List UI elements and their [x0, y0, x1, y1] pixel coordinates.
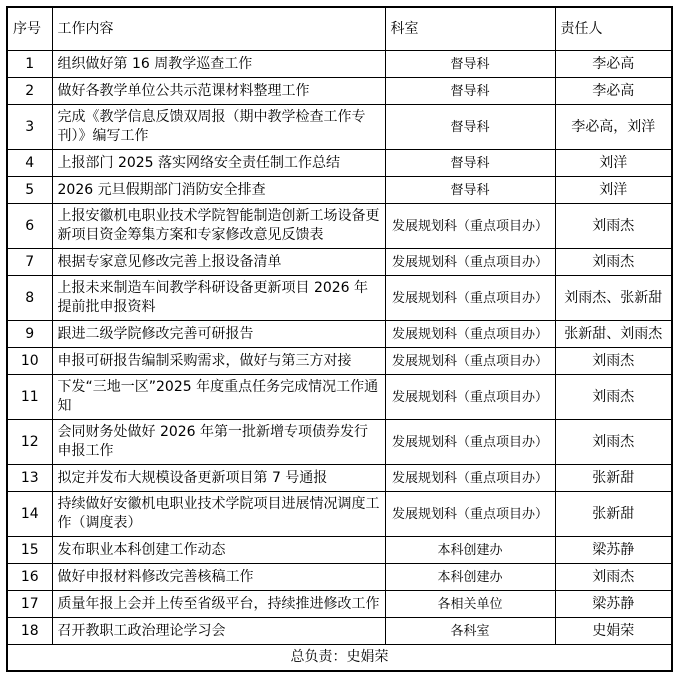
table-row: 16 做好申报材料修改完善核稿工作 本科创建办 刘雨杰: [7, 564, 672, 591]
cell-dept: 本科创建办: [385, 564, 555, 591]
cell-dept: 发展规划科（重点项目办）: [385, 276, 555, 321]
cell-person: 梁苏静: [555, 537, 672, 564]
cell-person: 李必高: [555, 51, 672, 78]
table-row: 11 下发“三地一区”2025 年度重点任务完成情况工作通知 发展规划科（重点项…: [7, 375, 672, 420]
cell-content: 做好申报材料修改完善核稿工作: [52, 564, 385, 591]
cell-person: 史娟荣: [555, 618, 672, 645]
cell-no: 5: [7, 177, 52, 204]
cell-content: 申报可研报告编制采购需求，做好与第三方对接: [52, 348, 385, 375]
cell-no: 4: [7, 150, 52, 177]
cell-person: 梁苏静: [555, 591, 672, 618]
table-row: 10 申报可研报告编制采购需求，做好与第三方对接 发展规划科（重点项目办） 刘雨…: [7, 348, 672, 375]
cell-person: 刘雨杰、张新甜: [555, 276, 672, 321]
cell-no: 11: [7, 375, 52, 420]
cell-dept: 本科创建办: [385, 537, 555, 564]
cell-dept: 各科室: [385, 618, 555, 645]
work-schedule-table: 序号 工作内容 科室 责任人 1 组织做好第 16 周教学巡查工作 督导科 李必…: [6, 6, 673, 672]
cell-person: 刘雨杰: [555, 375, 672, 420]
cell-dept: 发展规划科（重点项目办）: [385, 348, 555, 375]
table-row: 12 会同财务处做好 2026 年第一批新增专项债券发行申报工作 发展规划科（重…: [7, 420, 672, 465]
cell-content: 拟定并发布大规模设备更新项目第 7 号通报: [52, 465, 385, 492]
cell-content: 质量年报上会并上传至省级平台，持续推进修改工作: [52, 591, 385, 618]
cell-person: 张新甜: [555, 465, 672, 492]
table-row: 5 2026 元旦假期部门消防安全排查 督导科 刘洋: [7, 177, 672, 204]
table-row: 8 上报未来制造车间教学科研设备更新项目 2026 年提前批申报资料 发展规划科…: [7, 276, 672, 321]
table-row: 7 根据专家意见修改完善上报设备清单 发展规划科（重点项目办） 刘雨杰: [7, 249, 672, 276]
cell-content: 持续做好安徽机电职业技术学院项目进展情况调度工作（调度表）: [52, 492, 385, 537]
cell-no: 18: [7, 618, 52, 645]
document-page: 序号 工作内容 科室 责任人 1 组织做好第 16 周教学巡查工作 督导科 李必…: [0, 0, 678, 678]
table-row: 17 质量年报上会并上传至省级平台，持续推进修改工作 各相关单位 梁苏静: [7, 591, 672, 618]
column-header-content: 工作内容: [52, 7, 385, 51]
cell-no: 17: [7, 591, 52, 618]
cell-content: 下发“三地一区”2025 年度重点任务完成情况工作通知: [52, 375, 385, 420]
cell-person: 刘洋: [555, 177, 672, 204]
cell-no: 2: [7, 78, 52, 105]
cell-dept: 督导科: [385, 51, 555, 78]
cell-content: 会同财务处做好 2026 年第一批新增专项债券发行申报工作: [52, 420, 385, 465]
cell-content: 2026 元旦假期部门消防安全排查: [52, 177, 385, 204]
cell-no: 12: [7, 420, 52, 465]
cell-content: 召开教职工政治理论学习会: [52, 618, 385, 645]
cell-no: 6: [7, 204, 52, 249]
table-row: 14 持续做好安徽机电职业技术学院项目进展情况调度工作（调度表） 发展规划科（重…: [7, 492, 672, 537]
cell-content: 做好各教学单位公共示范课材料整理工作: [52, 78, 385, 105]
cell-no: 9: [7, 321, 52, 348]
cell-dept: 发展规划科（重点项目办）: [385, 420, 555, 465]
cell-dept: 发展规划科（重点项目办）: [385, 249, 555, 276]
column-header-no: 序号: [7, 7, 52, 51]
cell-no: 14: [7, 492, 52, 537]
table-row: 3 完成《教学信息反馈双周报（期中教学检查工作专刊）》编写工作 督导科 李必高，…: [7, 105, 672, 150]
table-row: 9 跟进二级学院修改完善可研报告 发展规划科（重点项目办） 张新甜、刘雨杰: [7, 321, 672, 348]
cell-dept: 发展规划科（重点项目办）: [385, 492, 555, 537]
column-header-dept: 科室: [385, 7, 555, 51]
cell-dept: 发展规划科（重点项目办）: [385, 465, 555, 492]
column-header-person: 责任人: [555, 7, 672, 51]
cell-person: 张新甜: [555, 492, 672, 537]
cell-dept: 督导科: [385, 78, 555, 105]
cell-person: 刘雨杰: [555, 249, 672, 276]
cell-no: 15: [7, 537, 52, 564]
table-row: 6 上报安徽机电职业技术学院智能制造创新工场设备更新项目资金筹集方案和专家修改意…: [7, 204, 672, 249]
cell-content: 上报安徽机电职业技术学院智能制造创新工场设备更新项目资金筹集方案和专家修改意见反…: [52, 204, 385, 249]
cell-no: 13: [7, 465, 52, 492]
table-row: 4 上报部门 2025 落实网络安全责任制工作总结 督导科 刘洋: [7, 150, 672, 177]
cell-no: 1: [7, 51, 52, 78]
cell-content: 上报部门 2025 落实网络安全责任制工作总结: [52, 150, 385, 177]
cell-person: 刘雨杰: [555, 348, 672, 375]
table-row: 18 召开教职工政治理论学习会 各科室 史娟荣: [7, 618, 672, 645]
cell-no: 3: [7, 105, 52, 150]
cell-dept: 督导科: [385, 105, 555, 150]
cell-person: 刘洋: [555, 150, 672, 177]
cell-dept: 督导科: [385, 150, 555, 177]
table-row: 1 组织做好第 16 周教学巡查工作 督导科 李必高: [7, 51, 672, 78]
cell-dept: 各相关单位: [385, 591, 555, 618]
cell-content: 组织做好第 16 周教学巡查工作: [52, 51, 385, 78]
cell-dept: 督导科: [385, 177, 555, 204]
cell-person: 张新甜、刘雨杰: [555, 321, 672, 348]
cell-content: 上报未来制造车间教学科研设备更新项目 2026 年提前批申报资料: [52, 276, 385, 321]
table-row: 13 拟定并发布大规模设备更新项目第 7 号通报 发展规划科（重点项目办） 张新…: [7, 465, 672, 492]
header-row: 序号 工作内容 科室 责任人: [7, 7, 672, 51]
overall-responsible-label: 总负责：史娟荣: [7, 645, 672, 672]
cell-content: 跟进二级学院修改完善可研报告: [52, 321, 385, 348]
cell-dept: 发展规划科（重点项目办）: [385, 321, 555, 348]
cell-person: 刘雨杰: [555, 564, 672, 591]
cell-dept: 发展规划科（重点项目办）: [385, 204, 555, 249]
cell-content: 发布职业本科创建工作动态: [52, 537, 385, 564]
cell-person: 刘雨杰: [555, 420, 672, 465]
table-row: 2 做好各教学单位公共示范课材料整理工作 督导科 李必高: [7, 78, 672, 105]
cell-dept: 发展规划科（重点项目办）: [385, 375, 555, 420]
cell-no: 10: [7, 348, 52, 375]
cell-content: 根据专家意见修改完善上报设备清单: [52, 249, 385, 276]
cell-no: 16: [7, 564, 52, 591]
cell-person: 刘雨杰: [555, 204, 672, 249]
cell-person: 李必高，刘洋: [555, 105, 672, 150]
cell-content: 完成《教学信息反馈双周报（期中教学检查工作专刊）》编写工作: [52, 105, 385, 150]
table-row: 15 发布职业本科创建工作动态 本科创建办 梁苏静: [7, 537, 672, 564]
cell-person: 李必高: [555, 78, 672, 105]
cell-no: 7: [7, 249, 52, 276]
cell-no: 8: [7, 276, 52, 321]
